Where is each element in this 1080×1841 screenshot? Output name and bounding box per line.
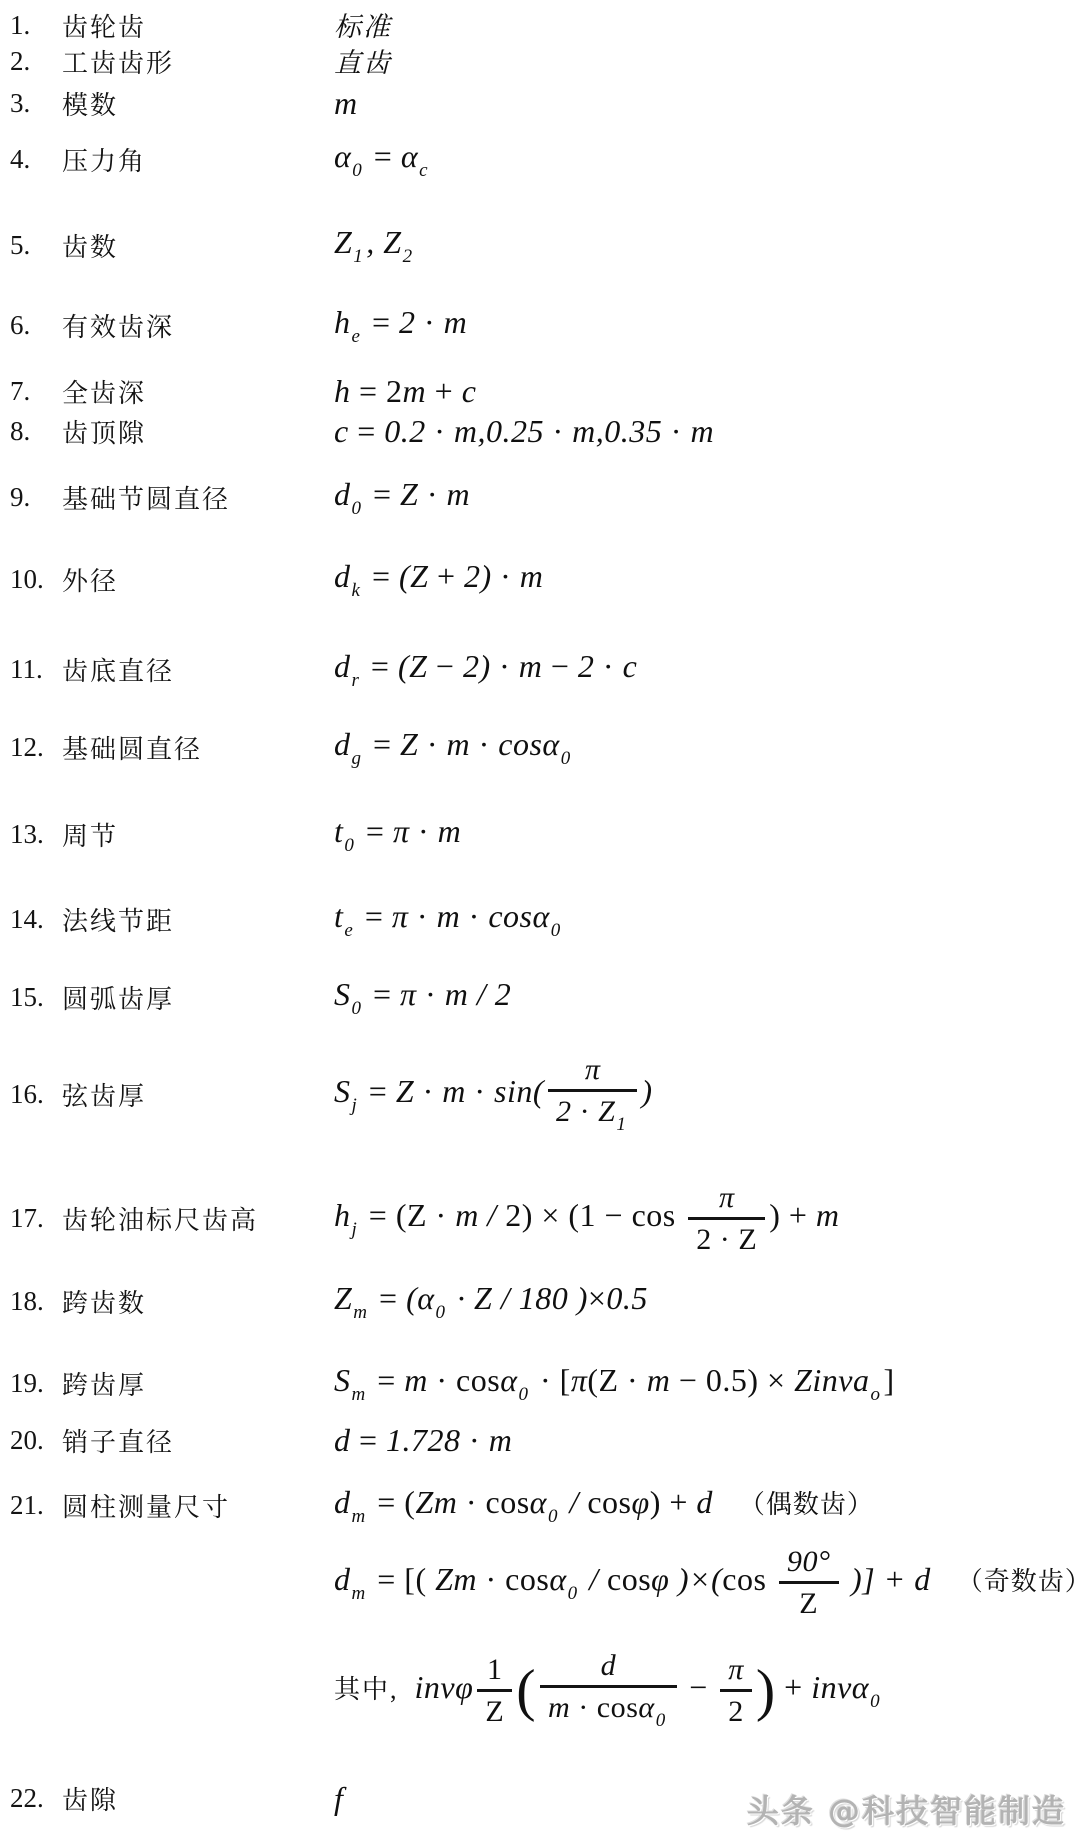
formula-token: m [437,898,461,934]
formula-token: α [401,138,418,174]
fraction-denominator: 2 · Z [688,1220,765,1257]
formula-token: Zm [415,1484,457,1520]
formula-token: e [344,919,353,943]
formula-token: α [500,1362,517,1398]
formula-token: − [542,648,578,684]
formula-token: 0 [568,1582,578,1606]
formula-token: m [647,1362,671,1398]
item-label: 全齿深 [62,373,334,410]
formula-token: ] [883,1362,894,1398]
formula-token: m [438,813,462,849]
item-formula: Zm = (α0 · Z / 180 )×0.5 [334,1278,648,1325]
table-row: 14.法线节距te = π · m · cosα0 [0,896,1080,943]
formula-token: S [334,1362,351,1398]
formula-token: − [427,648,463,684]
formula-token: ) [641,1073,652,1109]
item-number: 8. [0,416,62,447]
formula-token: · Z / 180 ) [449,1280,588,1316]
item-number: 4. [0,144,62,175]
formula-token: = [363,558,399,594]
table-row: 4.压力角α0 = αc [0,136,1080,183]
item-formula: Sj = Z · m · sin(π2 · Z1) [334,1052,653,1137]
formula-token: h [334,373,351,409]
item-formula: te = π · m · cosα0 [334,896,564,943]
formula-token: 标准 [334,12,392,42]
item-label: 齿底直径 [62,651,334,688]
formula-token: − 0.5) × [670,1362,794,1398]
fraction-denominator: 2 · Z1 [548,1092,637,1137]
formula-token: · cos [570,1690,638,1724]
formula-token: · [460,898,488,934]
formula-token: c [623,648,638,684]
formula-token: = (Z · [360,1197,455,1233]
formula-token: m [519,648,543,684]
item-label: 销子直径 [62,1422,334,1459]
fraction-denominator: m · cosα0 [540,1688,677,1733]
formula-token: d [334,1484,351,1520]
formula-token: · [544,413,572,449]
table-row: 8.齿顶隙c = 0.2 · m,0.25 · m,0.35 · m [0,411,1080,451]
item-number: 2. [0,46,62,77]
formula-token: invφ [415,1669,474,1705]
item-number: 20. [0,1425,62,1456]
item-label: 弦齿厚 [62,1076,334,1113]
formula-token: 1 [353,245,363,269]
item-formula: hj = (Z · m / 2) × (1 − cos π2 · Z) + m [334,1180,840,1257]
formula-token: α [549,1561,566,1597]
formula-token: π [392,898,409,934]
fraction-numerator: π [548,1052,637,1092]
item-formula: c = 0.2 · m,0.25 · m,0.35 · m [334,411,714,451]
formula-token: · cos [428,1362,500,1398]
item-formula: Sm = m · cosα0 · [π(Z · m − 0.5) × Zinva… [334,1360,895,1407]
formula-token: Z [598,1094,615,1128]
item-number: 16. [0,1079,62,1110]
table-row: dm = [( Zm · cosα0 / cosφ )×(cos 90°Z )]… [0,1544,1080,1621]
table-row: 3.模数m [0,83,1080,123]
formula-token: e [352,325,361,349]
formula-token: = [371,1280,407,1316]
item-number: 9. [0,482,62,513]
item-number: 19. [0,1368,62,1399]
formula-token: d [601,1648,617,1682]
item-label: 基础圆直径 [62,729,334,766]
fraction: π2 [720,1652,752,1729]
formula-token: + [428,558,464,594]
formula-token: t [334,813,343,849]
formula-token: = [365,138,401,174]
formula-token: cosα [498,726,559,762]
formula-token: m [334,85,358,121]
formula-token: · [572,1094,599,1128]
item-formula: dr = (Z − 2) · m − 2 · c [334,646,637,693]
fraction-numerator: 90° [779,1544,839,1584]
table-row: 21.圆柱测量尺寸dm = (Zm · cosα0 / cosφ) + d（偶数… [0,1482,1080,1529]
formula-token: m [444,304,468,340]
formula-token: invα [811,1669,869,1705]
formula-token: π [393,813,410,849]
formula-token: / 2 [468,976,511,1012]
table-row: 其中,invφ1Z(dm · cosα0 − π2) + invα0 [0,1648,1080,1733]
table-row: 1.齿轮齿标准 [0,5,1080,45]
fraction-denominator: 2 [720,1692,752,1729]
table-row: 13.周节t0 = π · m [0,811,1080,858]
formula-token: 0 [352,159,362,183]
formula-token: (Z · [587,1362,646,1398]
formula-token: m [352,1383,366,1407]
formula-token: d [334,648,351,684]
item-number: 1. [0,10,62,41]
formula-token: φ [632,1484,650,1520]
formula-token: (Z [398,648,427,684]
item-formula: d0 = Z · m [334,474,470,521]
item-number: 6. [0,310,62,341]
item-number: 15. [0,982,62,1013]
formula-token: g [352,747,362,771]
formula-token: m [403,373,427,409]
formula-token: ) [756,1657,776,1722]
item-formula: dm = [( Zm · cosα0 / cosφ )×(cos 90°Z )]… [334,1544,1080,1621]
formula-token: · [594,648,622,684]
item-number: 21. [0,1490,62,1521]
item-label: 齿顶隙 [62,413,334,450]
item-formula: h = 2m + c [334,371,476,411]
formula-token: = [369,1362,405,1398]
item-number: 10. [0,564,62,595]
formula-token: m [455,1197,479,1233]
formula-token: π [728,1652,744,1686]
formula-token: π [400,976,417,1012]
formula-note: （奇数齿） [957,1567,1080,1596]
formula-token: Z [383,224,401,260]
table-row: 5.齿数Z1, Z2 [0,222,1080,269]
formula-token: m [690,413,714,449]
item-number: 3. [0,88,62,119]
formula-token: = [( [369,1561,435,1597]
formula-token: = [365,726,401,762]
formula-token: m [352,1582,366,1606]
formula-token: m [404,1362,428,1398]
item-label: 外径 [62,561,334,598]
item-label: 跨齿数 [62,1283,334,1320]
formula-token: d [914,1561,931,1597]
formula-token: )×( [669,1561,722,1597]
formula-token: 0 [436,1301,446,1325]
formula-token: 2 [578,648,595,684]
formula-token: 2 [399,304,416,340]
formula-token: 0.35 [604,413,662,449]
item-formula: 直齿 [334,41,392,81]
formula-token: 0 [352,497,362,521]
formula-token: · cos [457,1484,529,1520]
table-row: 12.基础圆直径dg = Z · m · cosα0 [0,724,1080,771]
item-formula: he = 2 · m [334,302,467,349]
formula-token: c [334,413,349,449]
item-label: 工齿齿形 [62,43,334,80]
formula-token: = [362,648,398,684]
formula-token: j [352,1218,358,1242]
item-number: 18. [0,1286,62,1317]
item-label: 圆柱测量尺寸 [62,1487,334,1524]
formula-token: h [334,1197,351,1233]
formula-token: m [445,976,469,1012]
formula-token: Z [400,476,418,512]
item-label: 齿轮齿 [62,7,334,44]
formula-token: c [419,159,428,183]
fraction: 90°Z [779,1544,839,1621]
formula-token: 2) × (1 − cos [505,1197,684,1233]
formula-token: · [491,648,519,684]
fraction: dm · cosα0 [540,1648,677,1733]
table-row: 6.有效齿深he = 2 · m [0,302,1080,349]
item-label: 有效齿深 [62,307,334,344]
watermark: 头条 @科技智能制造 [747,1786,1066,1832]
item-number: 13. [0,819,62,850]
formula-token: · [466,1073,494,1109]
formula-token: · [417,976,445,1012]
item-label: 圆弧齿厚 [62,979,334,1016]
formula-token: m [489,1422,513,1458]
formula-token: d [696,1484,713,1520]
formula-token: f [334,1780,343,1816]
formula-token: m [816,1197,840,1233]
table-row: 10.外径dk = (Z + 2) · m [0,556,1080,603]
formula-token: m [520,558,544,594]
formula-token: · [418,476,446,512]
item-number: 11. [0,654,62,685]
formula-token: d [334,1561,351,1597]
formula-token: (Z [399,558,428,594]
formula-token: (α [406,1280,434,1316]
formula-token: Z [485,1694,504,1728]
formula-token: 直齿 [334,48,392,78]
formula-token: j [352,1094,358,1118]
formula-token: 0 [551,919,561,943]
formula-token: r [352,669,360,693]
formula-token: 90° [787,1544,831,1578]
item-number: 22. [0,1783,62,1814]
formula-token: m [353,1301,367,1325]
item-label: 法线节距 [62,901,334,938]
item-formula: α0 = αc [334,136,431,183]
formula-token: d [334,476,351,512]
formula-token: ( [516,1657,536,1722]
formula-token: t [334,898,343,934]
formula-token: · [492,558,520,594]
formula-token: Z [396,1073,414,1109]
document-page: { "page": {"background": "#ffffff", "tex… [0,0,1080,1841]
fraction-numerator: d [540,1648,677,1688]
table-row: 11.齿底直径dr = (Z − 2) · m − 2 · c [0,646,1080,693]
formula-token: = [363,304,399,340]
formula-token: = [365,976,401,1012]
formula-token: S [334,976,351,1012]
item-label: 基础节圆直径 [62,479,334,516]
formula-token: × [588,1280,607,1316]
formula-token: ) + [650,1484,697,1520]
item-number: 5. [0,230,62,261]
formula-token: 0 [548,1505,558,1529]
formula-token: m, [572,413,604,449]
item-formula: dk = (Z + 2) · m [334,556,543,603]
formula-token: h [334,304,351,340]
formula-token: 0.2 [384,413,426,449]
formula-token: / [479,1197,505,1233]
formula-token: m [447,476,471,512]
formula-token: ) + [769,1197,816,1233]
formula-token: m [548,1690,570,1724]
formula-token: 2 [403,245,413,269]
fraction: 1Z [477,1652,512,1729]
fraction-denominator: Z [477,1692,512,1729]
formula-token: = [360,1073,396,1109]
item-label: 跨齿厚 [62,1365,334,1402]
formula-token: cos [587,1484,631,1520]
formula-token: m [442,1073,466,1109]
formula-token: φ [651,1561,669,1597]
formula-token: Z [799,1586,818,1620]
formula-token: α [334,138,351,174]
formula-token: + [776,1669,812,1705]
formula-token: Z [334,224,352,260]
formula-token: = [349,413,385,449]
formula-token: 0 [352,997,362,1021]
table-row: 9.基础节圆直径d0 = Z · m [0,474,1080,521]
formula-token: 0 [870,1690,880,1714]
formula-token: o [870,1383,880,1407]
formula-token: π [585,1052,601,1086]
item-label: 齿隙 [62,1780,334,1817]
formula-token: 2 [728,1694,744,1728]
formula-token: )] + [843,1561,915,1597]
formula-token: cos [722,1561,775,1597]
formula-token: + [426,373,462,409]
formula-token: 2 · Z [696,1222,757,1256]
formula-token: Zm [435,1561,477,1597]
table-row: 19.跨齿厚Sm = m · cosα0 · [π(Z · m − 0.5) ×… [0,1360,1080,1407]
table-row: 7.全齿深h = 2m + c [0,371,1080,411]
item-formula: 其中,invφ1Z(dm · cosα0 − π2) + invα0 [334,1648,883,1733]
fraction-numerator: π [688,1180,765,1220]
formula-token: cosα [488,898,549,934]
item-label: 齿数 [62,227,334,264]
item-formula: dg = Z · m · cosα0 [334,724,574,771]
formula-token: d [334,726,351,762]
formula-token: 0 [656,1711,666,1732]
formula-token: m, [454,413,486,449]
formula-token: d [334,558,351,594]
formula-token: − [681,1669,717,1705]
item-label: 压力角 [62,141,334,178]
formula-token: · [470,726,498,762]
formula-token: , [366,224,383,260]
formula-note: （偶数齿） [739,1490,874,1519]
formula-token: S [334,1073,351,1109]
formula-token: 2) [463,648,491,684]
item-formula: m [334,83,358,123]
formula-token: 2 [556,1094,572,1128]
formula-token: = 2 [351,373,403,409]
formula-token: 0 [344,834,354,858]
formula-token: = [356,898,392,934]
table-row: 20.销子直径d = 1.728 · m [0,1420,1080,1460]
table-row: 17.齿轮油标尺齿高hj = (Z · m / 2) × (1 − cos π2… [0,1180,1080,1257]
formula-token: 0 [561,747,571,771]
formula-token: · cos [477,1561,549,1597]
formula-token: Z [334,1280,352,1316]
item-number: 12. [0,732,62,763]
fraction: π2 · Z [688,1180,765,1257]
formula-token: · [426,413,454,449]
item-number: 14. [0,904,62,935]
gear-formula-list: 1.齿轮齿标准2.工齿齿形直齿3.模数m4.压力角α0 = αc5.齿数Z1, … [0,0,1080,1841]
formula-token: 0.5 [606,1280,648,1316]
item-formula: t0 = π · m [334,811,461,858]
item-formula: f [334,1778,343,1818]
formula-token: 1 [487,1652,503,1686]
formula-token: α [638,1690,654,1724]
formula-token: · [408,898,436,934]
formula-token: = ( [369,1484,416,1520]
formula-token: · [418,726,446,762]
formula-token: · [409,813,437,849]
item-number: 7. [0,376,62,407]
formula-token: π [719,1180,735,1214]
formula-token: 0.25 [486,413,544,449]
formula-token: · [461,1422,489,1458]
fraction-numerator: 1 [477,1652,512,1692]
item-number: 17. [0,1203,62,1234]
formula-token: = [351,1422,387,1458]
formula-token: 1.728 [386,1422,461,1458]
fraction: π2 · Z1 [548,1052,637,1137]
formula-token: c [462,373,477,409]
table-row: 16.弦齿厚Sj = Z · m · sin(π2 · Z1) [0,1052,1080,1137]
formula-prefix: 其中, [334,1675,399,1704]
fraction-denominator: Z [779,1584,839,1621]
formula-token: 0 [519,1383,529,1407]
formula-token: m [447,726,471,762]
formula-token: cos [607,1561,651,1597]
formula-token: · [414,1073,442,1109]
formula-token: / [581,1561,607,1597]
formula-token: m [352,1505,366,1529]
table-row: 2.工齿齿形直齿 [0,41,1080,81]
formula-token: = [365,476,401,512]
formula-token: / [561,1484,587,1520]
item-formula: dm = (Zm · cosα0 / cosφ) + d（偶数齿） [334,1482,874,1529]
formula-token: d [334,1422,351,1458]
item-formula: 标准 [334,5,392,45]
item-label: 模数 [62,85,334,122]
formula-token: · [415,304,443,340]
item-label: 周节 [62,816,334,853]
formula-token: sin( [494,1073,544,1109]
formula-token: = [357,813,393,849]
formula-token: 2) [464,558,492,594]
formula-token: · [ [532,1362,571,1398]
table-row: 15.圆弧齿厚S0 = π · m / 2 [0,974,1080,1021]
formula-token: k [352,579,361,603]
item-formula: d = 1.728 · m [334,1420,512,1460]
item-label: 齿轮油标尺齿高 [62,1200,334,1237]
formula-token: Z [400,726,418,762]
formula-token: 1 [616,1115,626,1136]
formula-token: π [571,1362,588,1398]
formula-token: Zinva [794,1362,869,1398]
table-row: 18.跨齿数Zm = (α0 · Z / 180 )×0.5 [0,1278,1080,1325]
item-formula: Z1, Z2 [334,222,416,269]
